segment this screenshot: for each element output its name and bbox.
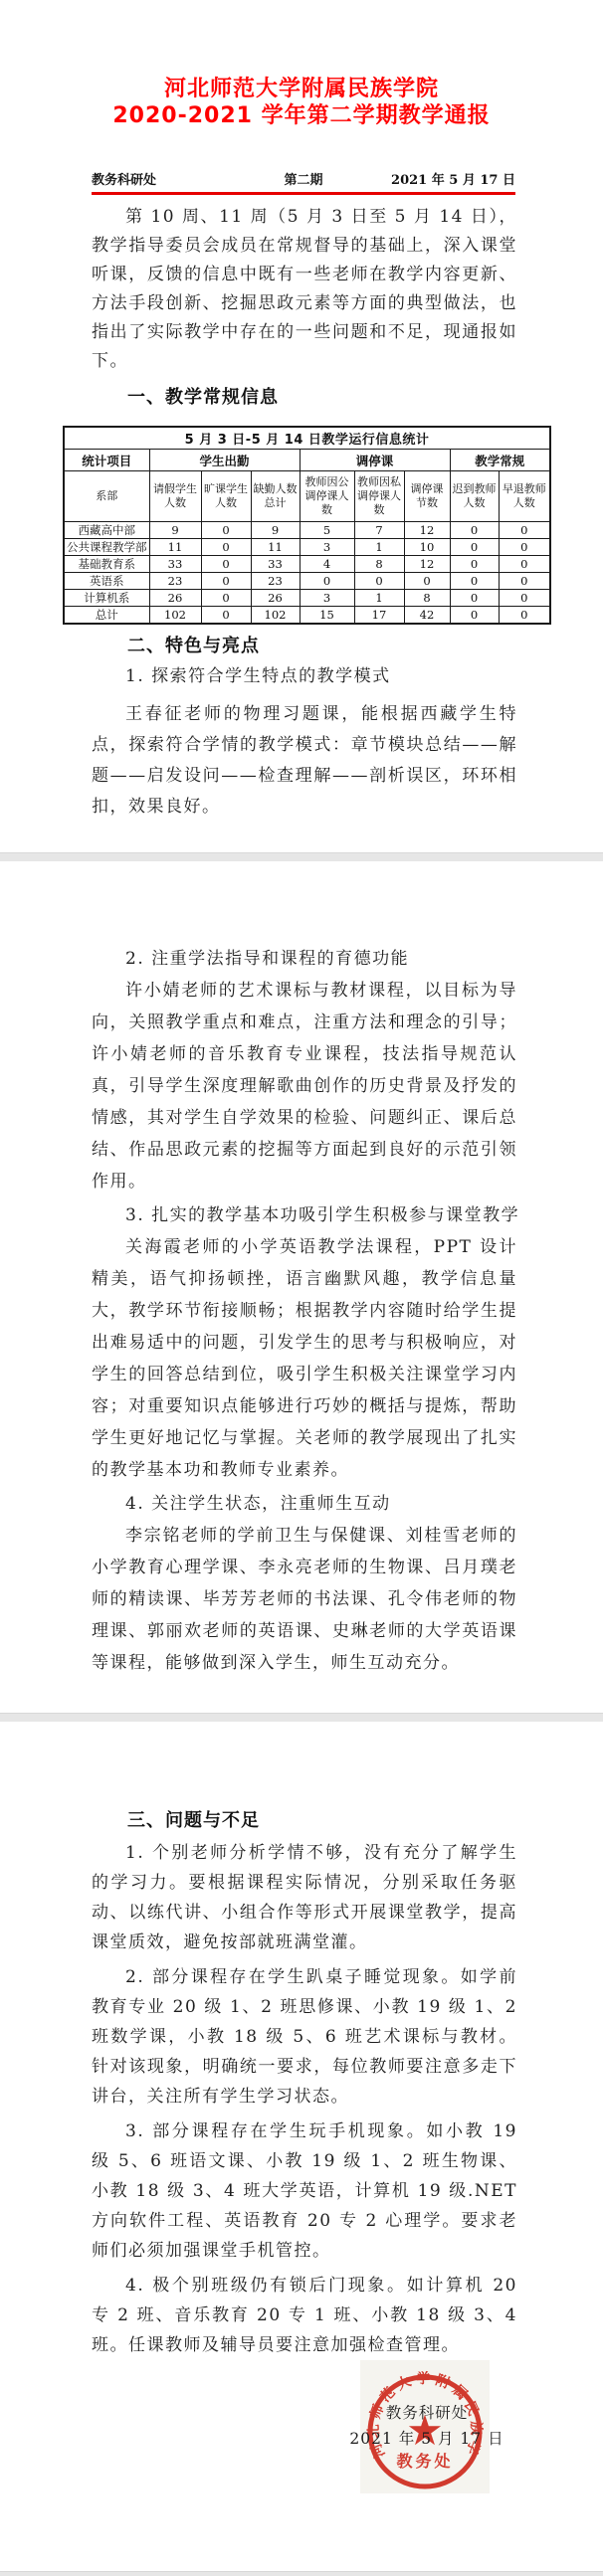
col-header: 教师因公调停课人数 (300, 471, 354, 522)
page-gap (0, 852, 603, 861)
cell: 5 (300, 522, 354, 539)
cell: 0 (354, 573, 404, 590)
table-total-row: 总计102010215174200 (64, 607, 550, 625)
cell: 0 (499, 539, 550, 556)
table-group-header-row: 统计项目 学生出勤 调停课 教学常规 (64, 450, 550, 471)
cell: 9 (149, 522, 201, 539)
group-header: 调停课 (300, 450, 450, 471)
cell: 8 (354, 556, 404, 573)
cell: 1 (354, 539, 404, 556)
cell: 15 (300, 607, 354, 625)
group-header: 统计项目 (64, 450, 149, 471)
cell: 基础教育系 (64, 556, 149, 573)
cell: 3 (300, 590, 354, 607)
section2-item3-body: 关海霞老师的小学英语教学法课程，PPT 设计精美，语气抑扬顿挫，语言幽默风趣，教… (92, 1231, 517, 1486)
signature-date: 2021 年 5 月 17 日 (338, 2426, 515, 2452)
table-column-header-row: 系部 请假学生人数 旷课学生人数 缺勤人数总计 教师因公调停课人数 教师因私调停… (64, 471, 550, 522)
section1-heading: 一、教学常规信息 (92, 386, 517, 410)
section2-item4-title: 4. 关注学生状态，注重师生互动 (92, 1488, 517, 1520)
col-header: 旷课学生人数 (201, 471, 251, 522)
cell: 23 (251, 573, 300, 590)
col-header: 迟到教师人数 (450, 471, 499, 522)
table-title: 5 月 3 日-5 月 14 日教学运行信息统计 (64, 427, 550, 450)
cell: 0 (499, 590, 550, 607)
cell: 3 (300, 539, 354, 556)
cell: 12 (404, 522, 450, 539)
masthead-rule (92, 192, 515, 195)
section3-item4: 4. 极个别班级仍有锁后门现象。如计算机 20 专 2 班、音乐教育 20 专 … (92, 2271, 517, 2360)
cell: 0 (201, 590, 251, 607)
section2-item2-title: 2. 注重学法指导和课程的育德功能 (92, 943, 517, 975)
cell: 计算机系 (64, 590, 149, 607)
cell: 0 (450, 590, 499, 607)
stamp-bottom-text: 教务处 (396, 2452, 453, 2471)
masthead-department: 教务科研处 (92, 169, 233, 188)
doc-title-line2: 2020-2021 学年第二学期教学通报 (0, 102, 603, 129)
group-header: 教学常规 (450, 450, 550, 471)
col-header: 教师因私调停课人数 (354, 471, 404, 522)
cell: 0 (499, 556, 550, 573)
cell: 26 (149, 590, 201, 607)
section2-item2-body: 许小婧老师的艺术课标与教材课程，以目标为导向，关照教学重点和难点，注重方法和理念… (92, 975, 517, 1197)
cell: 0 (499, 607, 550, 625)
col-header: 早退教师人数 (499, 471, 550, 522)
cell: 23 (149, 573, 201, 590)
intro-paragraph: 第 10 周、11 周（5 月 3 日至 5 月 14 日），教学指导委员会成员… (92, 203, 517, 376)
group-header: 学生出勤 (149, 450, 300, 471)
teaching-stats-table: 5 月 3 日-5 月 14 日教学运行信息统计 统计项目 学生出勤 调停课 教… (63, 426, 551, 625)
cell: 0 (450, 556, 499, 573)
cell: 0 (450, 522, 499, 539)
cell: 0 (499, 573, 550, 590)
cell: 42 (404, 607, 450, 625)
page-3: 三、问题与不足 1. 个别老师分析学情不够，没有充分了解学生的学习力。要根据课程… (0, 1722, 603, 2571)
section2-item3-title: 3. 扎实的教学基本功吸引学生积极参与课堂教学 (92, 1199, 517, 1231)
cell: 102 (251, 607, 300, 625)
document-viewer: 河北师范大学附属民族学院 2020-2021 学年第二学期教学通报 教务科研处 … (0, 0, 603, 2576)
cell: 1 (354, 590, 404, 607)
signature-department: 教务科研处 (338, 2400, 515, 2426)
signature-block: 教务科研处 2021 年 5 月 17 日 (338, 2400, 515, 2452)
col-header: 请假学生人数 (149, 471, 201, 522)
cell: 0 (201, 522, 251, 539)
cell: 0 (201, 539, 251, 556)
page-1: 河北师范大学附属民族学院 2020-2021 学年第二学期教学通报 教务科研处 … (0, 0, 603, 852)
table-row: 西藏高中部909571200 (64, 522, 550, 539)
table-row: 计算机系2602631800 (64, 590, 550, 607)
cell: 0 (201, 573, 251, 590)
doc-title-line1: 河北师范大学附属民族学院 (0, 76, 603, 102)
section3-heading: 三、问题与不足 (92, 1809, 517, 1833)
cell: 公共课程教学部 (64, 539, 149, 556)
cell: 33 (251, 556, 300, 573)
masthead-issue-number: 第二期 (233, 169, 374, 188)
masthead: 教务科研处 第二期 2021 年 5 月 17 日 (92, 169, 515, 188)
col-header: 系部 (64, 471, 149, 522)
cell: 102 (149, 607, 201, 625)
cell: 0 (404, 573, 450, 590)
cell: 7 (354, 522, 404, 539)
page-2: 2. 注重学法指导和课程的育德功能 许小婧老师的艺术课标与教材课程，以目标为导向… (0, 861, 603, 1713)
col-header: 调停课节数 (404, 471, 450, 522)
masthead-date: 2021 年 5 月 17 日 (374, 169, 515, 188)
doc-title: 河北师范大学附属民族学院 2020-2021 学年第二学期教学通报 (0, 76, 603, 129)
table-title-row: 5 月 3 日-5 月 14 日教学运行信息统计 (64, 427, 550, 450)
cell: 9 (251, 522, 300, 539)
cell: 10 (404, 539, 450, 556)
cell: 0 (450, 607, 499, 625)
section2-item4-body: 李宗铭老师的学前卫生与保健课、刘桂雪老师的小学教育心理学课、李永亮老师的生物课、… (92, 1520, 517, 1679)
cell: 0 (300, 573, 354, 590)
cell: 英语系 (64, 573, 149, 590)
table-row: 基础教育系33033481200 (64, 556, 550, 573)
cell: 4 (300, 556, 354, 573)
cell: 0 (450, 539, 499, 556)
cell: 11 (251, 539, 300, 556)
cell: 8 (404, 590, 450, 607)
section3-item1: 1. 个别老师分析学情不够，没有充分了解学生的学习力。要根据课程实际情况，分别采… (92, 1838, 517, 1957)
cell: 总计 (64, 607, 149, 625)
section2-item1-body: 王春征老师的物理习题课，能根据西藏学生特点，探索符合学情的教学模式：章节模块总结… (92, 699, 517, 823)
page-gap (0, 1713, 603, 1722)
cell: 0 (499, 522, 550, 539)
section2-item1-title: 1. 探索符合学生特点的教学模式 (92, 662, 517, 691)
cell: 26 (251, 590, 300, 607)
cell: 西藏高中部 (64, 522, 149, 539)
cell: 0 (450, 573, 499, 590)
cell: 11 (149, 539, 201, 556)
cell: 0 (201, 607, 251, 625)
col-header: 缺勤人数总计 (251, 471, 300, 522)
cell: 33 (149, 556, 201, 573)
section3-item2: 2. 部分课程存在学生趴桌子睡觉现象。如学前教育专业 20 级 1、2 班思修课… (92, 1962, 517, 2112)
table-row: 公共课程教学部11011311000 (64, 539, 550, 556)
cell: 17 (354, 607, 404, 625)
section3-item3: 3. 部分课程存在学生玩手机现象。如小教 19 级 5、6 班语文课、小教 19… (92, 2116, 517, 2266)
table-row: 英语系2302300000 (64, 573, 550, 590)
section2-heading: 二、特色与亮点 (92, 635, 517, 658)
cell: 0 (201, 556, 251, 573)
viewport-bottom-edge (0, 2571, 603, 2576)
cell: 12 (404, 556, 450, 573)
